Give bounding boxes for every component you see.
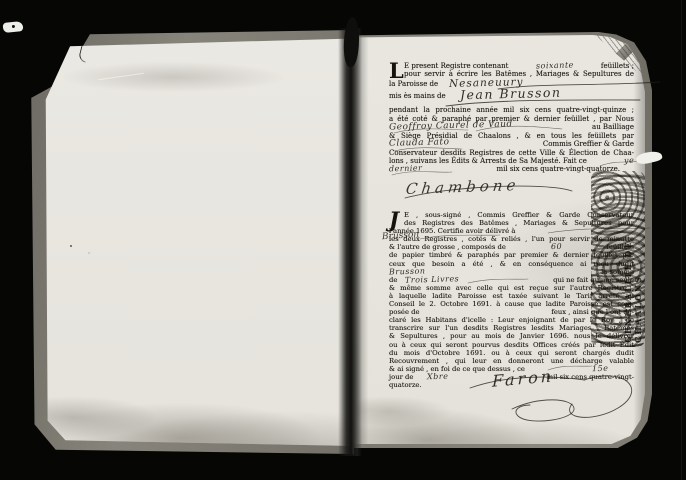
- film-edge-marker: [3, 21, 24, 33]
- microfilm-frame: GENERALITE DE CHAALONS L E present Regis…: [0, 0, 686, 480]
- drop-cap-L: L: [389, 62, 404, 80]
- print-text: posée de: [389, 308, 420, 316]
- certificate-1: L E present Registre contenant soixante …: [389, 62, 634, 174]
- print-text: qui ne fait qu'une seule: [553, 276, 634, 284]
- film-marker-dot: [12, 25, 15, 28]
- film-edge-line: [681, 0, 682, 480]
- print-text: mil six cens quatre-vingt-: [547, 373, 634, 381]
- cert1-line-7: Geoffroy Caurel de Vaud au Bailliage: [389, 123, 634, 131]
- cert2-line-10: & même somme avec celle qui est reçue su…: [389, 284, 634, 292]
- print-text: Commis Greffier & Garde: [543, 140, 634, 148]
- cert2-line-16: & Sepultures , pour au mois de Janvier 1…: [389, 332, 634, 340]
- left-blank-page: [42, 36, 354, 446]
- handwritten-holder-name: Jean Brusson: [460, 86, 562, 102]
- handwritten-officer-name: Geoffroy Caurel de Vaud: [389, 121, 513, 133]
- cert2-line-18: du mois d'Octobre 1691. ou à ceux qui se…: [389, 349, 634, 357]
- cert2-line-2: des Registres des Batêmes , Mariages & S…: [389, 219, 634, 227]
- print-text: mil six cens quatre-vingt-quatorze.: [496, 165, 620, 173]
- right-register-page: GENERALITE DE CHAALONS L E present Regis…: [354, 35, 645, 444]
- film-scratch: [98, 73, 144, 80]
- certificate-2: J E , sous-signé , Commis Greffier & Gar…: [389, 211, 634, 389]
- cert1-line-9: Clauda Fato Commis Greffier & Garde: [389, 140, 634, 148]
- cert2-line-11: à laquelle ladite Paroisse est taxée sui…: [389, 292, 634, 300]
- handwritten-clerk-name: Clauda Fato: [389, 138, 450, 148]
- cert2-line-6: de papier timbré & paraphés par premier …: [389, 251, 634, 259]
- cert1-line-5: pendant la prochaine année mil six cens …: [389, 106, 634, 114]
- print-text: feux , ainsi que l'ont dé-: [551, 308, 634, 316]
- handwritten-margin-note: dernier: [389, 165, 423, 174]
- print-text: de: [389, 276, 397, 284]
- cert1-line-4: mis ès mains de Jean Brusson: [389, 87, 634, 102]
- cert1-line-10: Conservateur desdits Registres de cette …: [389, 149, 634, 157]
- print-text: mis ès mains de: [389, 92, 446, 100]
- cert2-line-12: Conseil le 2. Octobre 1691. à cause que …: [389, 300, 634, 308]
- handwritten-date: ye: [624, 157, 634, 166]
- book-gutter: [338, 28, 362, 456]
- cert2-line-1: E , sous-signé , Commis Greffier & Garde…: [389, 211, 634, 219]
- handwritten-month: Xbre: [427, 373, 449, 382]
- ink-specks: [70, 245, 72, 247]
- signature-greffier: Chambone: [405, 176, 521, 198]
- handwritten-day: 15e: [591, 365, 608, 374]
- print-text: la somme: [601, 268, 634, 276]
- cert2-line-13: posée de feux , ainsi que l'ont dé-: [389, 308, 634, 316]
- print-text: jour de: [389, 373, 413, 381]
- cert2-line-17: ou à ceux qui seront pourvus desdits Off…: [389, 341, 634, 349]
- cert1-line-12: dernier mil six cens quatre-vingt-quator…: [389, 165, 634, 173]
- drop-cap-J: J: [389, 211, 404, 229]
- print-text: au Bailliage: [592, 123, 634, 131]
- cert2-line-9: de Trois Livres qui ne fait qu'une seule: [389, 276, 634, 284]
